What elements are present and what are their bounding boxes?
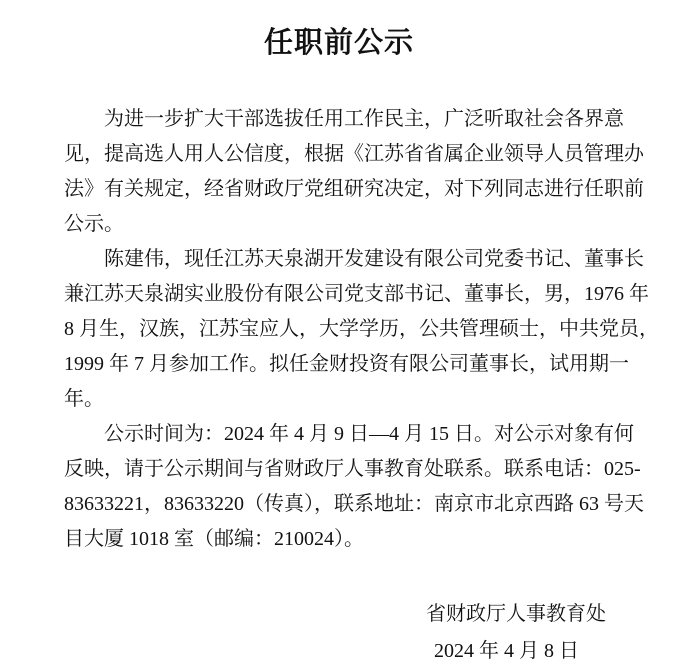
- announcement-page: 任职前公示 为进一步扩大干部选拔任用工作民主，广泛听取社会各界意见，提高选人用人…: [0, 0, 678, 661]
- paragraph-line: 公示。: [64, 207, 617, 242]
- paragraph: 陈建伟，现任江苏天泉湖开发建设有限公司党委书记、董事长兼江苏天泉湖实业股份有限公…: [64, 242, 617, 417]
- paragraph-line: 为进一步扩大干部选拔任用工作民主，广泛听取社会各界意: [64, 102, 617, 137]
- document-title: 任职前公示: [0, 24, 678, 62]
- paragraph-line: 陈建伟，现任江苏天泉湖开发建设有限公司党委书记、董事长: [64, 242, 617, 277]
- signature-department: 省财政厅人事教育处: [0, 597, 678, 632]
- paragraph: 公示时间为：2024 年 4 月 9 日—4 月 15 日。对公示对象有何反映，…: [64, 417, 617, 557]
- paragraph-line: 1999 年 7 月参加工作。拟任金财投资有限公司董事长，试用期一: [64, 347, 617, 382]
- paragraph: 为进一步扩大干部选拔任用工作民主，广泛听取社会各界意见，提高选人用人公信度，根据…: [64, 102, 617, 242]
- signature-block: 省财政厅人事教育处 2024 年 4 月 8 日: [0, 597, 678, 661]
- paragraph-line: 公示时间为：2024 年 4 月 9 日—4 月 15 日。对公示对象有何: [64, 417, 617, 452]
- signature-date: 2024 年 4 月 8 日: [0, 634, 678, 661]
- paragraph-line: 年。: [64, 382, 617, 417]
- paragraph-line: 反映，请于公示期间与省财政厅人事教育处联系。联系电话：025-: [64, 452, 617, 487]
- paragraph-line: 见，提高选人用人公信度，根据《江苏省省属企业领导人员管理办: [64, 137, 617, 172]
- paragraph-line: 兼江苏天泉湖实业股份有限公司党支部书记、董事长，男，1976 年: [64, 277, 617, 312]
- paragraph-line: 目大厦 1018 室（邮编：210024）。: [64, 522, 617, 557]
- document-body: 为进一步扩大干部选拔任用工作民主，广泛听取社会各界意见，提高选人用人公信度，根据…: [64, 102, 617, 557]
- paragraph-line: 8 月生，汉族，江苏宝应人，大学学历，公共管理硕士，中共党员，: [64, 312, 617, 347]
- paragraph-line: 83633221，83633220（传真），联系地址：南京市北京西路 63 号天: [64, 487, 617, 522]
- paragraph-line: 法》有关规定，经省财政厅党组研究决定，对下列同志进行任职前: [64, 172, 617, 207]
